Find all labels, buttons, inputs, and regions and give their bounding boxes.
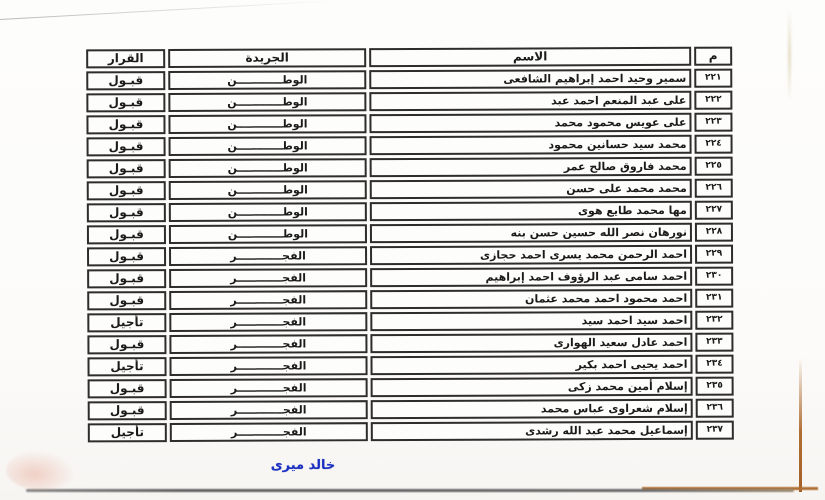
name-cell: احمد سيد احمد سيد — [370, 311, 692, 331]
table-row: ٢٢٢ على عبد المنعم احمد عبد الوطــــــــ… — [86, 91, 732, 113]
newspaper-cell: الفجــــــــــــر — [170, 422, 368, 442]
name-cell: احمد يحيى احمد بكير — [370, 355, 692, 375]
name-cell: إسلام أمين محمد زكى — [371, 377, 693, 397]
col-header-name: الاسم — [369, 47, 691, 67]
table-row: ٢٢٥ محمد فاروق صالح عمر الوطــــــــــــ… — [87, 157, 733, 179]
decision-cell: تأجيل — [87, 357, 166, 376]
scan-artifact-bottom-left-smudge — [6, 450, 76, 490]
table-row: ٢٢٧ مها محمد طايع هوى الوطــــــــــــن … — [87, 201, 733, 223]
scan-artifact-bottom-page-edge — [642, 487, 818, 490]
decision-cell: قبـول — [86, 71, 165, 90]
newspaper-cell: الفجــــــــــــر — [170, 378, 368, 398]
newspaper-cell: الوطــــــــــــن — [169, 224, 367, 244]
decision-cell: قبـول — [87, 291, 166, 310]
decision-cell: قبـول — [87, 225, 166, 244]
table-row: ٢٢٤ محمد سيد حسانين محمود الوطــــــــــ… — [87, 135, 733, 157]
applicants-table: م الاسم الجريدة القرار ٢٢١ سمير وحيد احم… — [83, 44, 737, 446]
table-row: ٢٢٣ على عويس محمود محمد الوطــــــــــــ… — [86, 113, 732, 135]
name-cell: على عبد المنعم احمد عبد — [369, 91, 691, 111]
row-number-cell: ٢٢٨ — [695, 223, 733, 242]
row-number-cell: ٢٣٦ — [696, 399, 734, 418]
name-cell: احمد عادل سعيد الهوارى — [370, 333, 692, 353]
newspaper-cell: الوطــــــــــــن — [169, 158, 367, 178]
decision-cell: قبـول — [87, 159, 166, 178]
table-row: ٢٣١ احمد محمود احمد محمد عثمان الفجـــــ… — [87, 289, 733, 311]
row-number-cell: ٢٣٢ — [695, 311, 733, 330]
scanned-page: م الاسم الجريدة القرار ٢٢١ سمير وحيد احم… — [0, 0, 825, 500]
newspaper-cell: الوطــــــــــــن — [169, 202, 367, 222]
name-cell: مها محمد طايع هوى — [370, 201, 692, 221]
name-cell: على عويس محمود محمد — [369, 113, 691, 133]
scan-artifact-right-page-edge — [799, 358, 802, 492]
table-body: ٢٢١ سمير وحيد احمد إبراهيم الشافعى الوطـ… — [86, 69, 734, 443]
name-cell: محمد فاروق صالح عمر — [370, 157, 692, 177]
decision-cell: قبـول — [87, 269, 166, 288]
table-row: ٢٣٦ إسلام شعراوى عباس محمد الفجـــــــــ… — [88, 399, 734, 421]
table-row: ٢٣٧ إسماعيل محمد عبد الله رشدى الفجـــــ… — [88, 421, 734, 443]
table-row: ٢٣٢ احمد سيد احمد سيد الفجــــــــــــر … — [87, 311, 733, 333]
row-number-cell: ٢٣٣ — [695, 333, 733, 352]
newspaper-cell: الوطــــــــــــن — [168, 70, 366, 90]
newspaper-cell: الفجــــــــــــر — [170, 400, 368, 420]
name-cell: سمير وحيد احمد إبراهيم الشافعى — [369, 69, 691, 89]
newspaper-cell: الوطــــــــــــن — [168, 92, 366, 112]
row-number-cell: ٢٢١ — [694, 69, 732, 88]
table-row: ٢٣٠ احمد سامى عبد الرؤوف احمد إبراهيم ال… — [87, 267, 733, 289]
table-row: ٢٣٥ إسلام أمين محمد زكى الفجــــــــــــ… — [88, 377, 734, 399]
row-number-cell: ٢٣٤ — [695, 355, 733, 374]
signature-text: خالد ميرى — [258, 458, 348, 473]
table-row: ٢٣٣ احمد عادل سعيد الهوارى الفجـــــــــ… — [87, 333, 733, 355]
row-number-cell: ٢٢٦ — [695, 179, 733, 198]
newspaper-cell: الوطــــــــــــن — [169, 136, 367, 156]
name-cell: احمد سامى عبد الرؤوف احمد إبراهيم — [370, 267, 692, 287]
header-row: م الاسم الجريدة القرار — [86, 47, 732, 69]
row-number-cell: ٢٢٥ — [695, 157, 733, 176]
row-number-cell: ٢٢٢ — [694, 91, 732, 110]
name-cell: إسماعيل محمد عبد الله رشدى — [371, 421, 693, 441]
table-row: ٢٢٩ احمد الرحمن محمد يسرى احمد حجازى الف… — [87, 245, 733, 267]
table-row: ٢٢٦ محمد محمد على حسن الوطــــــــــــن … — [87, 179, 733, 201]
name-cell: احمد محمود احمد محمد عثمان — [370, 289, 692, 309]
row-number-cell: ٢٢٤ — [695, 135, 733, 154]
newspaper-cell: الفجــــــــــــر — [169, 290, 367, 310]
decision-cell: قبـول — [88, 401, 167, 420]
row-number-cell: ٢٣١ — [695, 289, 733, 308]
name-cell: إسلام شعراوى عباس محمد — [371, 399, 693, 419]
table-row: ٢٢٨ نورهان نصر الله حسين حسن بنه الوطـــ… — [87, 223, 733, 245]
name-cell: محمد محمد على حسن — [370, 179, 692, 199]
col-header-newspaper: الجريدة — [168, 48, 366, 68]
newspaper-cell: الفجــــــــــــر — [169, 356, 367, 376]
decision-cell: قبـول — [87, 247, 166, 266]
row-number-cell: ٢٣٥ — [696, 377, 734, 396]
decision-cell: قبـول — [87, 335, 166, 354]
row-number-cell: ٢٢٧ — [695, 201, 733, 220]
row-number-cell: ٢٣٠ — [695, 267, 733, 286]
col-header-decision: القرار — [86, 49, 165, 68]
row-number-cell: ٢٢٩ — [695, 245, 733, 264]
scan-artifact-top-edge-line — [0, 0, 339, 20]
decision-cell: قبـول — [88, 379, 167, 398]
newspaper-cell: الوطــــــــــــن — [169, 180, 367, 200]
newspaper-cell: الفجــــــــــــر — [169, 312, 367, 332]
newspaper-cell: الوطــــــــــــن — [168, 114, 366, 134]
decision-cell: قبـول — [86, 93, 165, 112]
newspaper-cell: الفجــــــــــــر — [169, 334, 367, 354]
row-number-cell: ٢٢٣ — [694, 113, 732, 132]
decision-cell: قبـول — [87, 181, 166, 200]
row-number-cell: ٢٣٧ — [696, 421, 734, 440]
decision-cell: تأجيل — [88, 423, 167, 442]
decision-cell: قبـول — [87, 137, 166, 156]
name-cell: محمد سيد حسانين محمود — [370, 135, 692, 155]
name-cell: نورهان نصر الله حسين حسن بنه — [370, 223, 692, 243]
scan-artifact-bottom-shadow — [26, 489, 794, 492]
decision-cell: قبـول — [87, 203, 166, 222]
applicants-table-container: م الاسم الجريدة القرار ٢٢١ سمير وحيد احم… — [83, 44, 737, 446]
decision-cell: تأجيل — [87, 313, 166, 332]
col-header-number: م — [694, 47, 732, 66]
decision-cell: قبـول — [86, 115, 165, 134]
newspaper-cell: الفجــــــــــــر — [169, 268, 367, 288]
table-row: ٢٢١ سمير وحيد احمد إبراهيم الشافعى الوطـ… — [86, 69, 732, 91]
newspaper-cell: الفجــــــــــــر — [169, 246, 367, 266]
scan-artifact-top-right-smudge — [788, 8, 791, 103]
name-cell: احمد الرحمن محمد يسرى احمد حجازى — [370, 245, 692, 265]
table-row: ٢٣٤ احمد يحيى احمد بكير الفجــــــــــــ… — [87, 355, 733, 377]
